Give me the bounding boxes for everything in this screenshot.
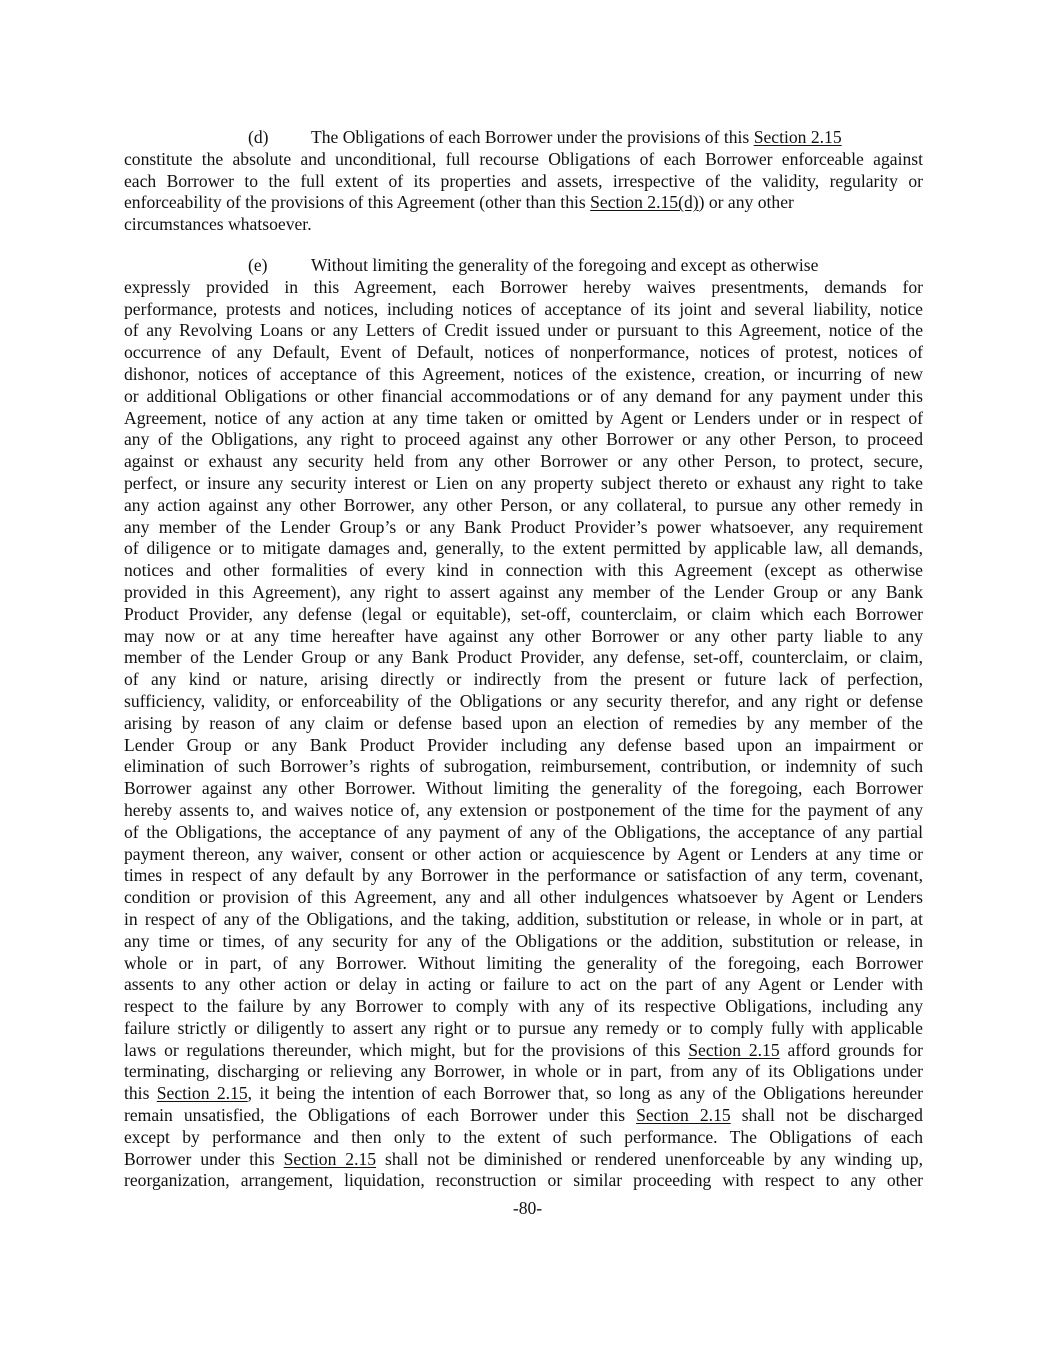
paragraph-text: remain unsatisfied, the Obligations of e…	[124, 1105, 636, 1125]
paragraph-line: any time or times, of any security for a…	[124, 931, 923, 953]
paragraph-text: this	[124, 1083, 157, 1103]
paragraph-text: shall not be diminished or rendered unen…	[376, 1149, 923, 1169]
paragraph-text: , it being the intention of each Borrowe…	[248, 1083, 923, 1103]
paragraph-line: (e)Without limiting the generality of th…	[124, 255, 923, 277]
paragraph-line: member of the Lender Group or any Bank P…	[124, 647, 923, 669]
paragraph-line: respect to the failure by any Borrower t…	[124, 996, 923, 1018]
paragraph-line: whole or in part, of any Borrower. Witho…	[124, 953, 923, 975]
paragraph-line: condition or provision of this Agreement…	[124, 887, 923, 909]
paragraph-line: or additional Obligations or other finan…	[124, 386, 923, 408]
paragraph-line: terminating, discharging or relieving an…	[124, 1061, 923, 1083]
paragraph-line: Product Provider, any defense (legal or …	[124, 604, 923, 626]
paragraph-line: of diligence or to mitigate damages and,…	[124, 538, 923, 560]
section-reference-link: Section 2.15	[157, 1083, 248, 1103]
paragraph-line: against or exhaust any security held fro…	[124, 451, 923, 473]
paragraph-line: except by performance and then only to t…	[124, 1127, 923, 1149]
paragraph-line: remain unsatisfied, the Obligations of e…	[124, 1105, 923, 1127]
paragraph-line: sufficiency, validity, or enforceability…	[124, 691, 923, 713]
section-reference-link: Section 2.15	[636, 1105, 731, 1125]
paragraph-line: notices and other formalities of every k…	[124, 560, 923, 582]
paragraph-line: any member of the Lender Group’s or any …	[124, 517, 923, 539]
paragraph-line: hereby assents to, and waives notice of,…	[124, 800, 923, 822]
document-page: (d)The Obligations of each Borrower unde…	[0, 0, 1055, 1365]
paragraph-label: (e)	[248, 255, 311, 277]
paragraph-line: circumstances whatsoever.	[124, 214, 923, 236]
section-reference-link: Section 2.15	[688, 1040, 779, 1060]
paragraph-line: each Borrower to the full extent of its …	[124, 171, 923, 193]
paragraph-text: enforceability of the provisions of this…	[124, 192, 590, 212]
paragraph-line: Borrower against any other Borrower. Wit…	[124, 778, 923, 800]
paragraph-line: enforceability of the provisions of this…	[124, 192, 923, 214]
page-number: -80-	[0, 1198, 1055, 1220]
paragraph-line: reorganization, arrangement, liquidation…	[124, 1170, 923, 1192]
paragraph-text: Borrower under this	[124, 1149, 284, 1169]
paragraph-line: any of the Obligations, any right to pro…	[124, 429, 923, 451]
section-reference-link: Section 2.15	[284, 1149, 376, 1169]
paragraph-line: dishonor, notices of acceptance of this …	[124, 364, 923, 386]
paragraph-e: (e)Without limiting the generality of th…	[124, 255, 923, 1192]
paragraph-d: (d)The Obligations of each Borrower unde…	[124, 127, 923, 236]
paragraph-line: perfect, or insure any security interest…	[124, 473, 923, 495]
paragraph-line: arising by reason of any claim or defens…	[124, 713, 923, 735]
paragraph-line: times in respect of any default by any B…	[124, 865, 923, 887]
paragraph-line: of the Obligations, the acceptance of an…	[124, 822, 923, 844]
paragraph-line: failure strictly or diligently to assert…	[124, 1018, 923, 1040]
paragraph-line: in respect of any of the Obligations, an…	[124, 909, 923, 931]
paragraph-line: assents to any other action or delay in …	[124, 974, 923, 996]
paragraph-line: laws or regulations thereunder, which mi…	[124, 1040, 923, 1062]
paragraph-line: Agreement, notice of any action at any t…	[124, 408, 923, 430]
paragraph-line: this Section 2.15, it being the intentio…	[124, 1083, 923, 1105]
paragraph-line: performance, protests and notices, inclu…	[124, 299, 923, 321]
paragraph-text: ) or any other	[699, 192, 794, 212]
paragraph-line: constitute the absolute and unconditiona…	[124, 149, 923, 171]
paragraph-line: provided in this Agreement), any right t…	[124, 582, 923, 604]
section-reference-link: Section 2.15	[754, 127, 842, 147]
paragraph-text: shall not be discharged	[731, 1105, 923, 1125]
paragraph-text: afford grounds for	[780, 1040, 923, 1060]
paragraph-line: elimination of such Borrower’s rights of…	[124, 756, 923, 778]
paragraph-line: (d)The Obligations of each Borrower unde…	[124, 127, 923, 149]
section-reference-link: Section 2.15(d)	[590, 192, 698, 212]
paragraph-text: Without limiting the generality of the f…	[311, 255, 818, 275]
paragraph-line: Borrower under this Section 2.15 shall n…	[124, 1149, 923, 1171]
paragraph-line: any action against any other Borrower, a…	[124, 495, 923, 517]
paragraph-label: (d)	[248, 127, 311, 149]
paragraph-line: occurrence of any Default, Event of Defa…	[124, 342, 923, 364]
paragraph-line: of any Revolving Loans or any Letters of…	[124, 320, 923, 342]
paragraph-line: expressly provided in this Agreement, ea…	[124, 277, 923, 299]
paragraph-line: of any kind or nature, arising directly …	[124, 669, 923, 691]
paragraph-text: The Obligations of each Borrower under t…	[311, 127, 754, 147]
paragraph-line: payment thereon, any waiver, consent or …	[124, 844, 923, 866]
paragraph-line: Lender Group or any Bank Product Provide…	[124, 735, 923, 757]
paragraph-text: laws or regulations thereunder, which mi…	[124, 1040, 688, 1060]
paragraph-line: may now or at any time hereafter have ag…	[124, 626, 923, 648]
